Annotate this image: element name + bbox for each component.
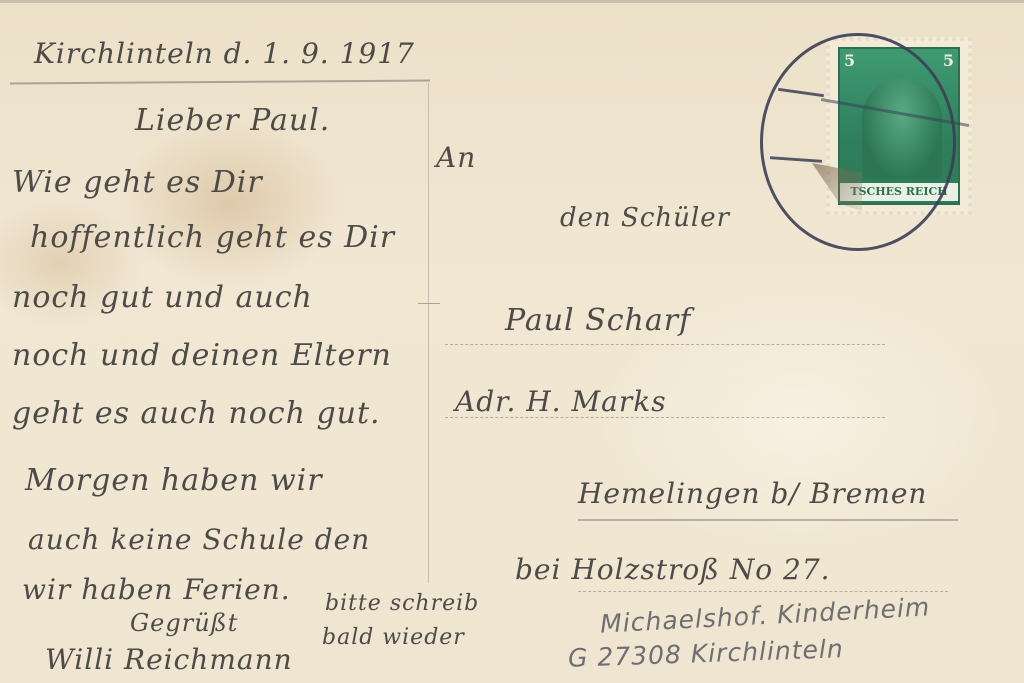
pencil-note-line: G 27308 Kirchlinteln (568, 634, 845, 673)
postscript-line: bitte schreib (325, 591, 479, 616)
message-line: auch keine Schule den (28, 523, 370, 556)
message-line: hoffentlich geht es Dir (30, 220, 395, 255)
message-line: noch gut und auch (12, 280, 313, 315)
postmark-circle (760, 33, 956, 251)
address-line: Paul Scharf (505, 303, 691, 338)
address-line: Hemelingen b/ Bremen (578, 477, 927, 510)
pencil-note-line: Michaelshof. Kinderheim (599, 592, 930, 638)
address-line: Adr. H. Marks (455, 385, 667, 418)
divider-tick (418, 303, 440, 304)
address-rule (445, 344, 885, 345)
message-line: geht es auch noch gut. (12, 396, 381, 431)
address-underline (578, 519, 958, 521)
address-line: den Schüler (560, 203, 730, 233)
postcard-back: Kirchlinteln d. 1. 9. 1917 Lieber Paul. … (0, 0, 1024, 683)
stamp-value: 5 (943, 51, 954, 70)
address-rule (578, 591, 948, 592)
postscript-line: bald wieder (322, 625, 465, 650)
message-line: Morgen haben wir (25, 463, 323, 498)
message-line: noch und deinen Eltern (12, 338, 392, 373)
address-rule (445, 417, 885, 418)
address-line: bei Holzstroß No 27. (515, 553, 831, 586)
address-prefix: An (436, 141, 476, 174)
center-divider (428, 83, 429, 583)
closing: Gegrüßt (130, 609, 238, 637)
header-divider (10, 80, 430, 85)
signature: Willi Reichmann (45, 643, 293, 676)
message-line: wir haben Ferien. (22, 573, 291, 606)
salutation: Lieber Paul. (135, 103, 330, 138)
place-date: Kirchlinteln d. 1. 9. 1917 (34, 37, 415, 70)
message-line: Wie geht es Dir (12, 165, 263, 200)
